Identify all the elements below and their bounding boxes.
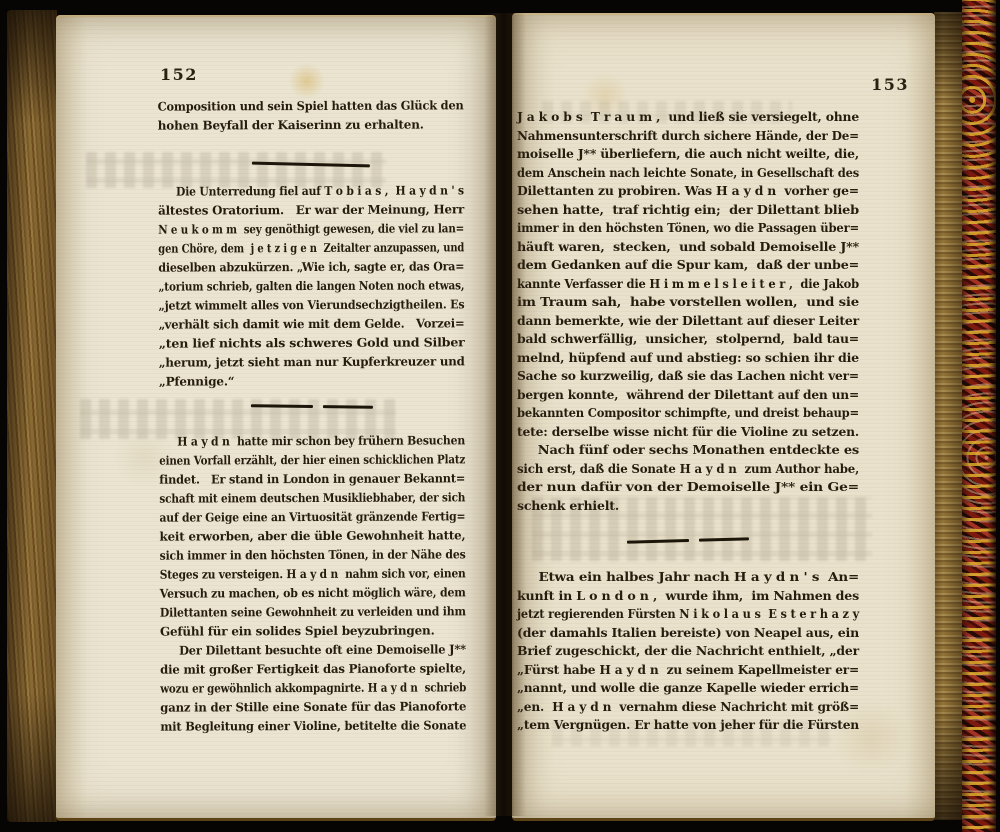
text-line: Dilettanten seine Gewohnheit zu verleide… xyxy=(160,602,466,622)
text-line: Gefühl für ein solides Spiel beyzubringe… xyxy=(160,621,435,641)
text-line: sich immer in den höchsten Tönen, in der… xyxy=(160,545,466,565)
paragraph: Der Dilettant besuchte oft eine Demoisel… xyxy=(160,640,466,736)
divider-rule xyxy=(251,404,313,408)
text-line: dieselben abzukürzen. „Wie ich, sagte er… xyxy=(158,257,464,277)
text-line: bekannten Compositor schimpfte, und drei… xyxy=(517,404,859,423)
text-line: gen Chöre, dem j e t z i g e n Zeitalter… xyxy=(158,238,464,258)
section-divider xyxy=(158,159,464,169)
text-line: die mit großer Fertigkeit das Pianoforte… xyxy=(160,659,466,679)
text-line: ganz in der Stille eine Sonate für das P… xyxy=(160,697,466,717)
text-line: „torium schrieb, galten die langen Noten… xyxy=(158,276,464,296)
text-line: „en. H a y d n vernahm diese Nachricht m… xyxy=(517,698,859,717)
text-line: findet. Er stand in London in genauer Be… xyxy=(159,469,465,489)
left-page-text-column: Composition und sein Spiel hatten das Gl… xyxy=(158,96,467,736)
text-line: einen Vorfall erzählt, der hier einen sc… xyxy=(159,450,465,470)
section-divider xyxy=(159,403,465,410)
text-line: „verhält sich damit wie mit dem Gelde. V… xyxy=(159,314,465,334)
paragraph: J a k o b s T r a u m , und ließ sie ver… xyxy=(517,108,859,441)
text-line: dann bemerkte, wie der Dilettant auf die… xyxy=(517,312,859,331)
text-line: „Pfennige.“ xyxy=(159,372,235,391)
text-line: (der damahls Italien bereiste) von Neape… xyxy=(517,624,859,643)
divider-rule xyxy=(627,539,689,544)
text-line: wozu er gewöhnlich akkompagnirte. H a y … xyxy=(160,678,466,698)
text-line: sehen hatte, traf richtig ein; der Dilet… xyxy=(517,201,859,220)
text-line: Dilettanten zu probiren. Was H a y d n v… xyxy=(517,182,859,201)
text-line: bergen konnte, während der Dilettant auf… xyxy=(517,386,859,405)
text-line: hohen Beyfall der Kaiserinn zu erhalten. xyxy=(158,116,424,136)
section-divider xyxy=(517,534,859,547)
text-line: schaft mit einem deutschen Musikliebhabe… xyxy=(159,488,465,508)
text-line: keit erworben, aber die üble Gewohnheit … xyxy=(159,526,465,546)
text-line: „ten lief nichts als schweres Gold und S… xyxy=(159,333,465,353)
text-line: Nahmensunterschrift durch sichere Hände,… xyxy=(517,127,859,146)
page-number: 152 xyxy=(160,65,198,84)
text-line: häuft waren, stecken, und sobald Demoise… xyxy=(517,238,859,257)
divider-rule xyxy=(699,537,749,541)
text-line: sich erst, daß die Sonate H a y d n zum … xyxy=(517,460,859,479)
text-line: „tem Vergnügen. Er hatte von jeher für d… xyxy=(517,716,859,735)
text-line: im Traum sah, habe vorstellen wollen, un… xyxy=(517,293,859,312)
text-line: „nannt, und wolle die ganze Kapelle wied… xyxy=(517,679,859,698)
text-line: „jetzt wimmelt alles von Vierundsechzigt… xyxy=(158,295,464,315)
text-line: Nach fünf oder sechs Monathen entdeckte … xyxy=(517,441,859,460)
text-line: Composition und sein Spiel hatten das Gl… xyxy=(158,96,464,116)
text-line: immer in den höchsten Tönen, wo die Pass… xyxy=(517,219,859,238)
text-line: mit Begleitung einer Violine, betitelte … xyxy=(160,716,466,736)
text-line: Brief zugeschickt, der die Nachricht ent… xyxy=(517,642,859,661)
text-line: „herum, jetzt sieht man nur Kupferkreuze… xyxy=(159,352,465,372)
left-fore-edge-pages xyxy=(7,10,57,822)
book-gutter-shadow xyxy=(484,13,526,816)
text-line: tete: derselbe wisse nicht für die Violi… xyxy=(517,423,859,442)
text-line: Der Dilettant besuchte oft eine Demoisel… xyxy=(160,640,466,660)
text-line: auf der Geige eine an Virtuosität gränze… xyxy=(159,507,465,527)
paragraph: Etwa ein halbes Jahr nach H a y d n ' s … xyxy=(517,568,859,735)
text-line: melnd, hüpfend auf und abstieg: so schie… xyxy=(517,349,859,368)
paragraph: Die Unterredung fiel auf T o b i a s , H… xyxy=(158,181,465,391)
text-line: Sache so kurzweilig, daß sie das Lachen … xyxy=(517,367,859,386)
divider-rule xyxy=(323,405,373,409)
right-page-edges xyxy=(934,12,964,820)
text-line: moiselle J** überliefern, die auch nicht… xyxy=(517,145,859,164)
text-line: H a y d n hatte mir schon bey frühern Be… xyxy=(159,431,465,451)
right-page: 153 J a k o b s T r a u m , und ließ sie… xyxy=(512,13,935,821)
paragraph: Composition und sein Spiel hatten das Gl… xyxy=(158,96,464,135)
page-number: 153 xyxy=(871,75,909,94)
text-line: der nun dafür von der Demoiselle J** ein… xyxy=(517,478,859,497)
text-line: Versuch zu machen, ob es nicht möglich w… xyxy=(160,583,466,603)
text-line: N e u k o m m sey genöthigt gewesen, die… xyxy=(158,219,464,239)
text-line: jetzt regierenden Fürsten N i k o l a u … xyxy=(517,605,859,624)
text-line: schenk erhielt. xyxy=(517,497,619,516)
text-line: „Fürst habe H a y d n zu seinem Kapellme… xyxy=(517,661,859,680)
divider-rule xyxy=(252,162,370,168)
paragraph: Nach fünf oder sechs Monathen entdeckte … xyxy=(517,441,859,515)
marbled-endpaper-strip xyxy=(962,0,996,832)
text-line: kannte Verfasser die H i m m e l s l e i… xyxy=(517,275,859,294)
text-line: dem Gedanken auf die Spur kam, daß der u… xyxy=(517,256,859,275)
text-line: dem Anschein nach leichte Sonate, in Ges… xyxy=(517,164,859,183)
text-line: Steges zu versteigen. H a y d n nahm sic… xyxy=(160,564,466,584)
paragraph: H a y d n hatte mir schon bey frühern Be… xyxy=(159,431,466,641)
text-line: J a k o b s T r a u m , und ließ sie ver… xyxy=(517,108,859,127)
left-page: 152 Composition und sein Spiel hatten da… xyxy=(56,15,496,821)
text-line: Etwa ein halbes Jahr nach H a y d n ' s … xyxy=(517,568,859,587)
text-line: Die Unterredung fiel auf T o b i a s , H… xyxy=(158,181,464,201)
text-line: kunft in L o n d o n , wurde ihm, im Nah… xyxy=(517,587,859,606)
text-line: bald schwerfällig, unsicher, stolpernd, … xyxy=(517,330,859,349)
text-line: ältestes Oratorium. Er war der Meinung, … xyxy=(158,200,464,220)
right-page-text-column: J a k o b s T r a u m , und ließ sie ver… xyxy=(517,108,859,735)
book-spread-scan: 152 Composition und sein Spiel hatten da… xyxy=(0,0,1000,832)
